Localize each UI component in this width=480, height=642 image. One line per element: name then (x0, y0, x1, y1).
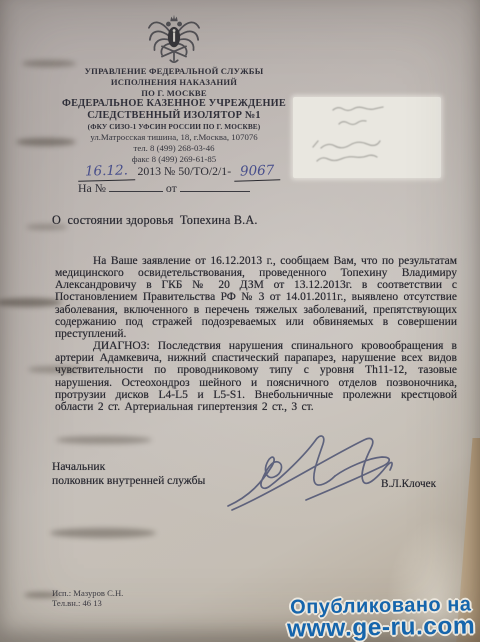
subject-line: О состоянии здоровья Топехина В.А. (52, 213, 258, 228)
letterhead-org-line4: ФЕДЕРАЛЬНОЕ КАЗЕННОЕ УЧРЕЖДЕНИЕ (28, 98, 320, 110)
letterhead-org-line3: ПО Г. МОСКВЕ (28, 88, 320, 99)
watermark-line2: www.ge-ru.com (287, 614, 475, 640)
letterhead-abbrev: (ФКУ СИЗО-1 УФСИН РОССИИ ПО Г. МОСКВЕ) (28, 122, 320, 133)
executor-phone: Тел.вн.: 46 13 (52, 598, 123, 608)
incoming-reference-row: На № от (78, 181, 250, 196)
signoff-position: Начальник полковник внутренней службы (52, 460, 205, 489)
photo-smudge (24, 592, 60, 598)
incoming-ot-label: от (166, 181, 177, 195)
photo-smudge (22, 60, 76, 67)
photo-smudge (0, 298, 62, 307)
body-paragraph-1: На Ваше заявление от 16.12.2013 г., сооб… (55, 255, 457, 340)
signoff-position-line1: Начальник (52, 460, 205, 474)
outgoing-date-underline: 16.12. (77, 162, 134, 181)
photo-smudge (16, 138, 76, 146)
site-watermark: Опубликовано на www.ge-ru.com (287, 595, 476, 640)
executor-name: Исп.: Мазуров С.Н. (52, 588, 123, 598)
outgoing-reference-row: 16.12. 2013 № 50/ТО/2/1- 9067 (36, 163, 322, 181)
photo-smudge (50, 528, 156, 538)
outgoing-number-printed: 2013 № 50/ТО/2/1- (137, 164, 231, 178)
body-paragraph-2: ДИАГНОЗ: Последствия нарушения спинально… (55, 340, 457, 413)
letterhead-org-line2: ИСПОЛНЕНИЯ НАКАЗАНИЙ (28, 77, 320, 88)
signoff-position-line2: полковник внутренней службы (52, 474, 205, 488)
incoming-number-blank-line (109, 181, 163, 192)
letterhead-org-line1: УПРАВЛЕНИЕ ФЕДЕРАЛЬНОЙ СЛУЖБЫ (28, 66, 320, 77)
document-photo: УПРАВЛЕНИЕ ФЕДЕРАЛЬНОЙ СЛУЖБЫ ИСПОЛНЕНИЯ… (0, 0, 480, 642)
photo-smudge (28, 366, 84, 373)
incoming-date-blank-line (180, 181, 250, 192)
letter-body: На Ваше заявление от 16.12.2013 г., сооб… (55, 255, 457, 413)
outgoing-date-handwritten: 16.12. (84, 162, 127, 179)
outgoing-number-underline: 9067 (234, 162, 281, 182)
photo-smudge (26, 224, 68, 230)
letterhead-phone: тел. 8 (499) 268-03-46 (28, 143, 320, 154)
photo-smudge (56, 436, 152, 444)
letterhead-org-line5: СЛЕДСТВЕННЫЙ ИЗОЛЯТОР №1 (28, 110, 320, 122)
fsin-double-headed-eagle-icon (146, 12, 202, 64)
outgoing-number-handwritten: 9067 (240, 162, 275, 179)
incoming-na-label: На № (78, 181, 106, 195)
executor-block: Исп.: Мазуров С.Н. Тел.вн.: 46 13 (52, 588, 123, 609)
